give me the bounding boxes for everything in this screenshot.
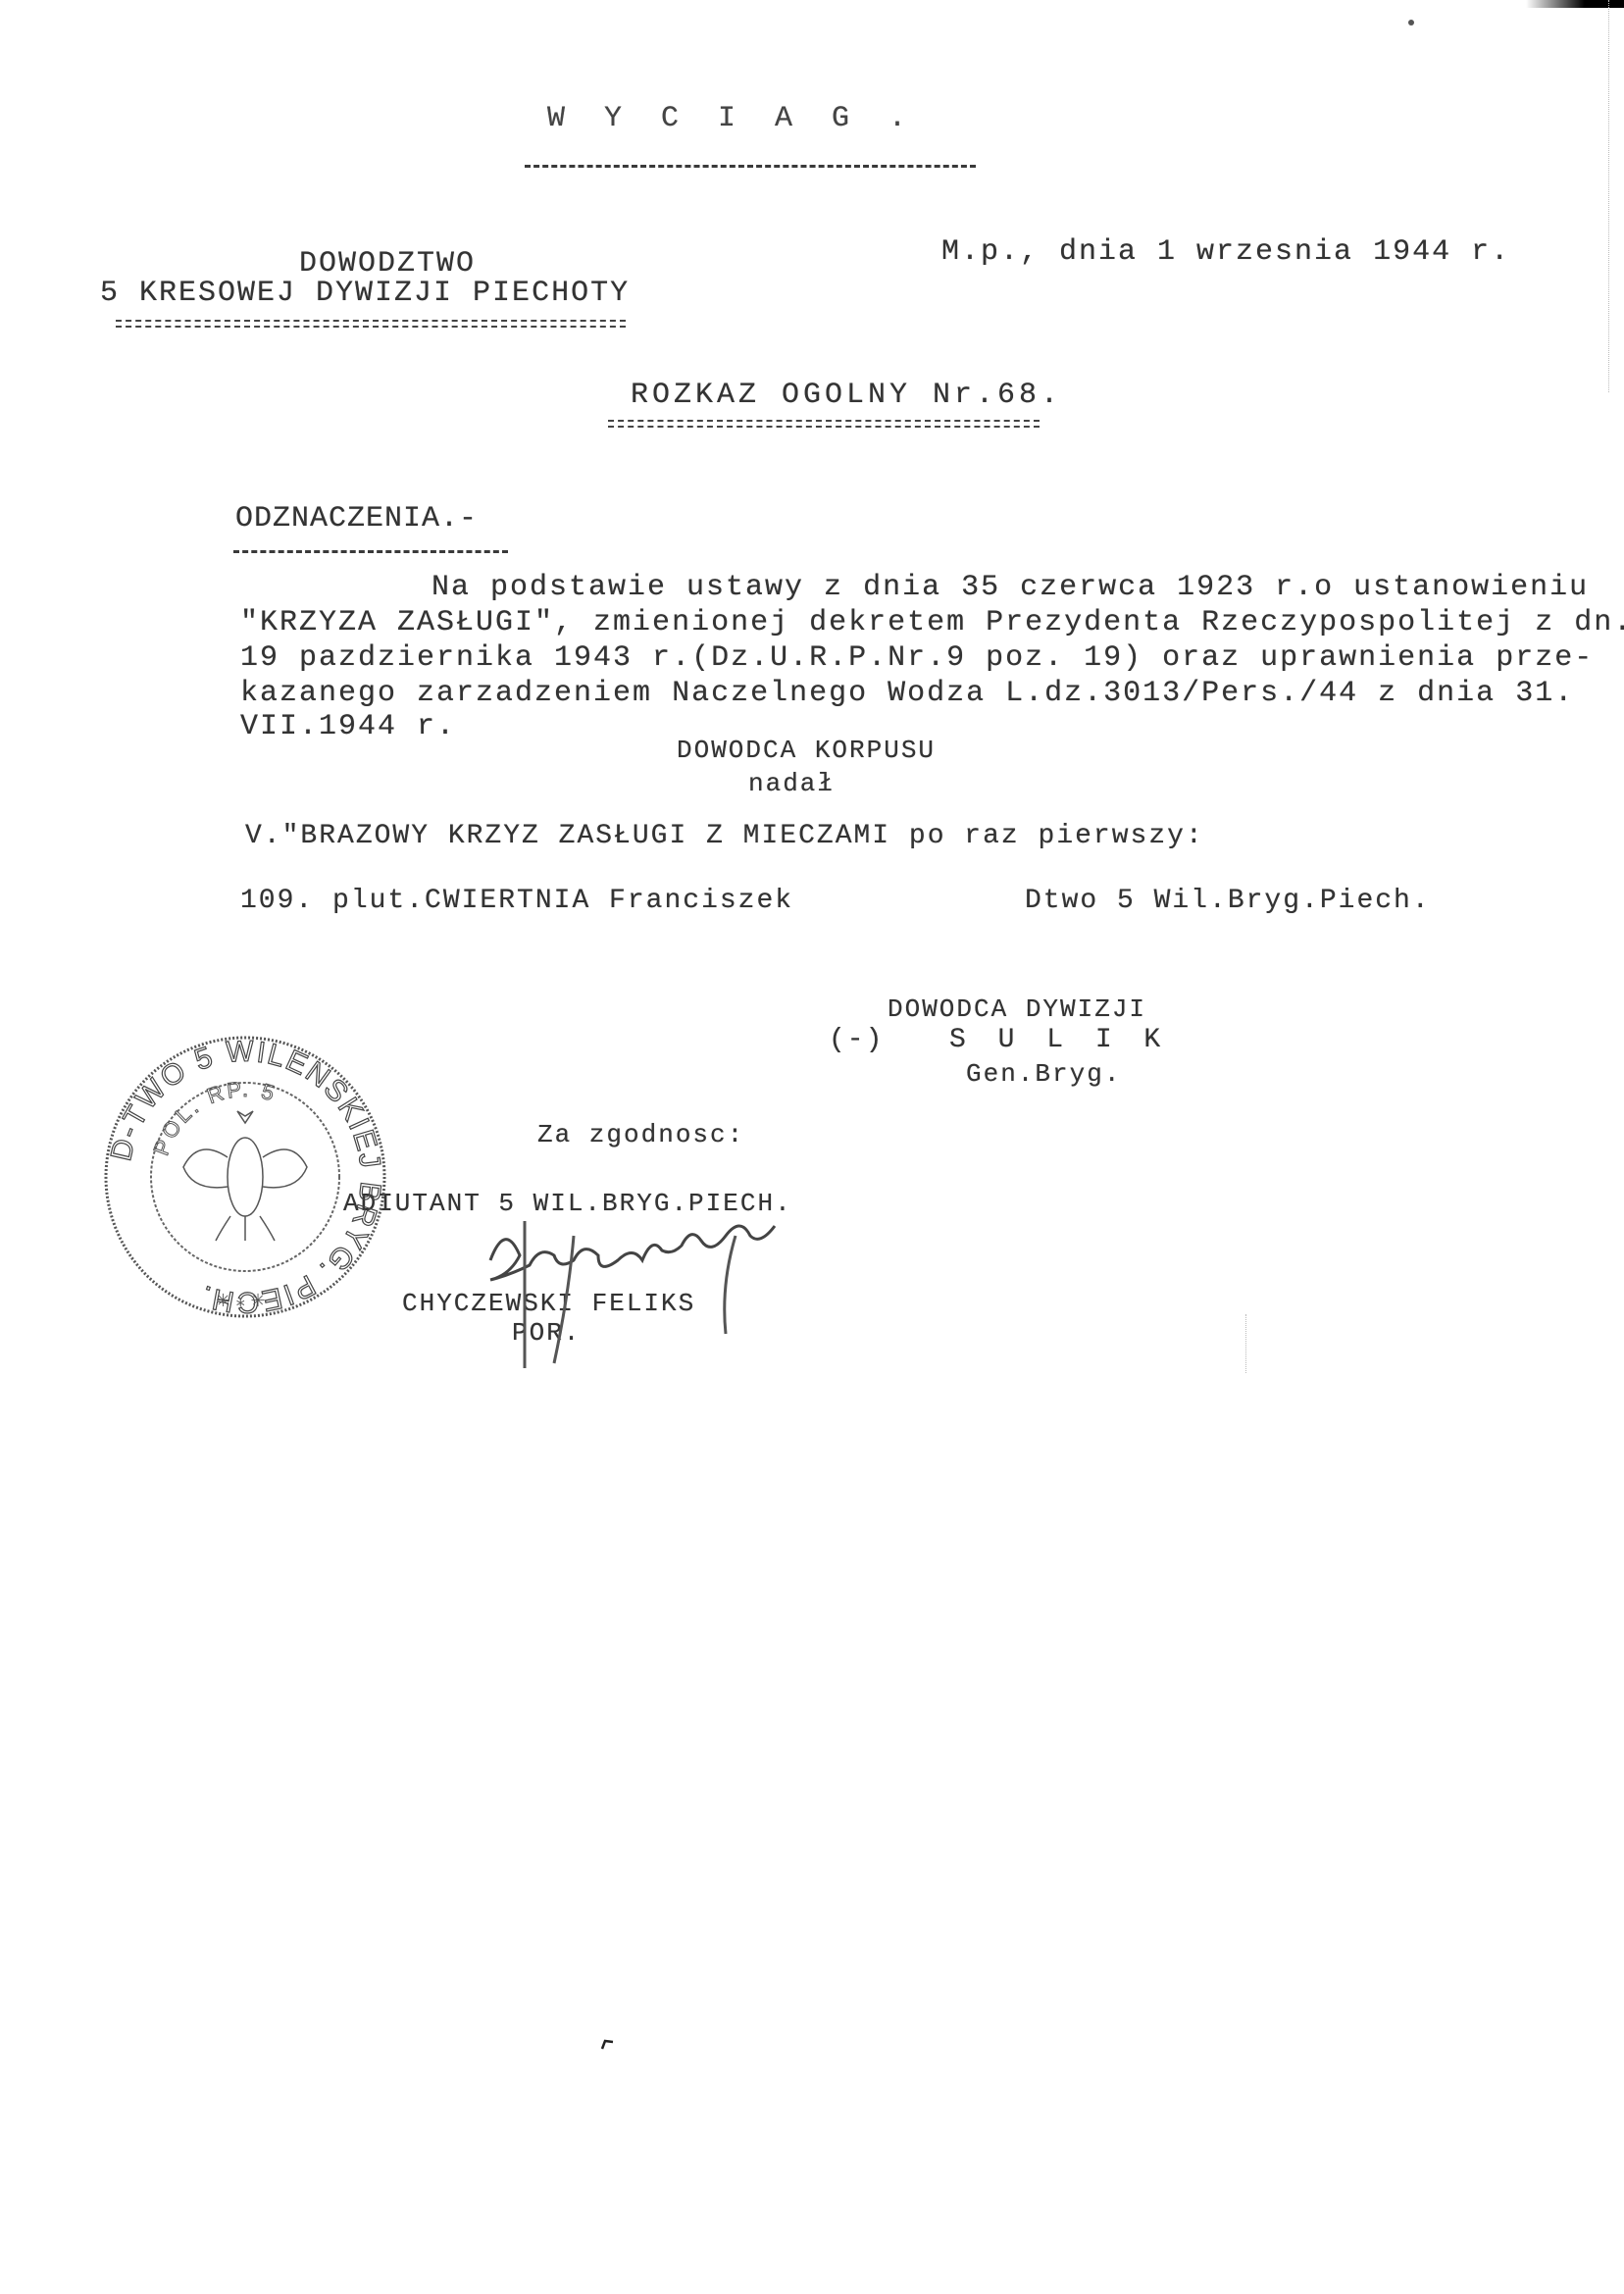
body-line-4: kazanego zarzadzeniem Naczelnego Wodza L… bbox=[240, 677, 1574, 710]
recipient-entry: 109. plut.CWIERTNIA Franciszek bbox=[240, 885, 793, 918]
document-title: WYCIAG. bbox=[547, 102, 945, 135]
granting-verb: nadał bbox=[748, 767, 835, 800]
fold-mark bbox=[1608, 0, 1610, 392]
handwritten-signature bbox=[471, 1206, 863, 1373]
eagle-icon bbox=[183, 1111, 307, 1241]
fold-mark bbox=[1245, 1314, 1247, 1373]
order-title: ROZKAZ OGOLNY Nr.68. bbox=[631, 379, 1062, 412]
place-date: M.p., dnia 1 wrzesnia 1944 r. bbox=[941, 235, 1510, 269]
commander-signed-mark: (-) bbox=[829, 1024, 884, 1057]
commander-title: DOWODCA DYWIZJI bbox=[888, 993, 1146, 1026]
star-icon: ✳ ⁎ ✳ bbox=[216, 1291, 266, 1311]
section-heading: ODZNACZENIA.- bbox=[235, 502, 478, 535]
title-underline bbox=[525, 165, 976, 171]
commander-name: S U L I K bbox=[949, 1024, 1168, 1057]
document-page: WYCIAG. DOWODZTWO 5 KRESOWEJ DYWIZJI PIE… bbox=[0, 0, 1624, 2294]
svg-text:✳ ⁎ ✳: ✳ ⁎ ✳ bbox=[216, 1291, 266, 1311]
body-line-3: 19 pazdziernika 1943 r.(Dz.U.R.P.Nr.9 po… bbox=[240, 641, 1594, 675]
body-line-1: Na podstawie ustawy z dnia 35 czerwca 19… bbox=[431, 571, 1589, 604]
issuer-line-1: DOWODZTWO bbox=[299, 247, 476, 280]
issuer-line-2: 5 KRESOWEJ DYWIZJI PIECHOTY bbox=[100, 277, 630, 310]
granting-authority: DOWODCA KORPUSU bbox=[677, 734, 936, 767]
brigade-stamp: D-TWO 5 WILENSKIEJ BRYG. PIECH. POL. RP.… bbox=[98, 1030, 392, 1324]
award-line: V."BRAZOWY KRZYZ ZASŁUGI Z MIECZAMI po r… bbox=[245, 820, 1204, 853]
order-title-underline bbox=[608, 420, 1040, 428]
recipient-unit: Dtwo 5 Wil.Bryg.Piech. bbox=[1025, 885, 1431, 918]
commander-rank: Gen.Bryg. bbox=[966, 1057, 1121, 1091]
body-line-2: "KRZYZA ZASŁUGI", zmienionej dekretem Pr… bbox=[240, 606, 1624, 639]
section-heading-underline bbox=[233, 550, 508, 556]
scan-speck bbox=[1408, 20, 1414, 25]
body-line-5: VII.1944 r. bbox=[240, 710, 456, 743]
issuer-underline bbox=[116, 320, 626, 328]
scan-mark bbox=[600, 2038, 614, 2050]
certification-label: Za zgodnosc: bbox=[537, 1118, 744, 1151]
